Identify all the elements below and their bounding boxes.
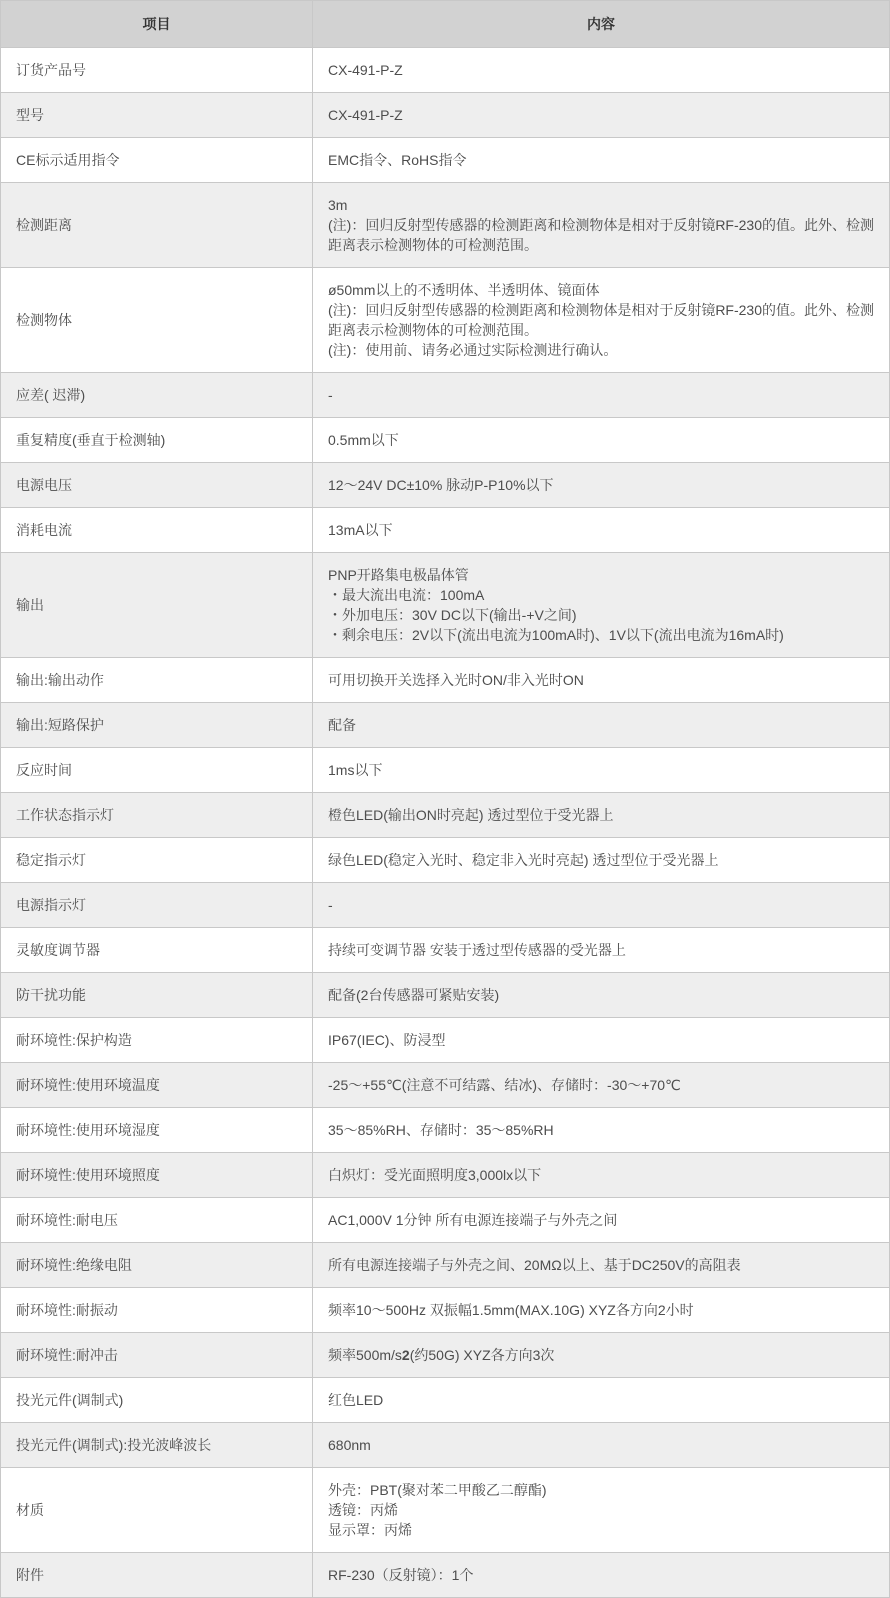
spec-value-line: 1ms以下 <box>328 760 874 780</box>
spec-value-cell: AC1,000V 1分钟 所有电源连接端子与外壳之间 <box>313 1198 890 1243</box>
spec-item-cell: 电源电压 <box>1 463 313 508</box>
spec-value-line: 红色LED <box>328 1390 874 1410</box>
spec-row: 附件 RF-230（反射镜）：1个 <box>1 1553 890 1598</box>
spec-value-line: 持续可变调节器 安装于透过型传感器的受光器上 <box>328 940 874 960</box>
spec-row: 耐环境性:耐电压 AC1,000V 1分钟 所有电源连接端子与外壳之间 <box>1 1198 890 1243</box>
spec-value-cell: 680nm <box>313 1423 890 1468</box>
spec-value-line: 0.5mm以下 <box>328 430 874 450</box>
spec-item-cell: 工作状态指示灯 <box>1 793 313 838</box>
column-header-item: 项目 <box>1 1 313 48</box>
spec-row: CE标示适用指令 EMC指令、RoHS指令 <box>1 138 890 183</box>
spec-value-cell: 1ms以下 <box>313 748 890 793</box>
spec-value-line: (注)：回归反射型传感器的检测距离和检测物体是相对于反射镜RF-230的值。此外… <box>328 215 874 255</box>
spec-item-cell: 耐环境性:使用环境湿度 <box>1 1108 313 1153</box>
spec-item-cell: 材质 <box>1 1468 313 1553</box>
spec-row: 工作状态指示灯 橙色LED(输出ON时亮起) 透过型位于受光器上 <box>1 793 890 838</box>
spec-value-line: ・剩余电压：2V以下(流出电流为100mA时)、1V以下(流出电流为16mA时) <box>328 625 874 645</box>
spec-item-cell: 耐环境性:使用环境照度 <box>1 1153 313 1198</box>
spec-row: 检测距离 3m(注)：回归反射型传感器的检测距离和检测物体是相对于反射镜RF-2… <box>1 183 890 268</box>
spec-value-cell: 配备(2台传感器可紧贴安装) <box>313 973 890 1018</box>
spec-value-cell: - <box>313 883 890 928</box>
spec-item-cell: 型号 <box>1 93 313 138</box>
spec-value-line: (注)：回归反射型传感器的检测距离和检测物体是相对于反射镜RF-230的值。此外… <box>328 300 874 340</box>
spec-value-cell: 频率10～500Hz 双振幅1.5mm(MAX.10G) XYZ各方向2小时 <box>313 1288 890 1333</box>
spec-value-cell: ø50mm以上的不透明体、半透明体、镜面体(注)：回归反射型传感器的检测距离和检… <box>313 268 890 373</box>
spec-row: 重复精度(垂直于检测轴) 0.5mm以下 <box>1 418 890 463</box>
spec-row: 材质 外壳：PBT(聚对苯二甲酸乙二醇酯)透镜：丙烯显示罩：丙烯 <box>1 1468 890 1553</box>
spec-value-line: ø50mm以上的不透明体、半透明体、镜面体 <box>328 280 874 300</box>
spec-row: 耐环境性:保护构造 IP67(IEC)、防浸型 <box>1 1018 890 1063</box>
spec-value-line: RF-230（反射镜）：1个 <box>328 1565 874 1585</box>
spec-value-line: 显示罩：丙烯 <box>328 1520 874 1540</box>
spec-value-cell: 35～85%RH、存储时：35～85%RH <box>313 1108 890 1153</box>
spec-item-cell: 反应时间 <box>1 748 313 793</box>
spec-item-cell: 投光元件(调制式):投光波峰波长 <box>1 1423 313 1468</box>
spec-item-cell: 耐环境性:耐电压 <box>1 1198 313 1243</box>
spec-row: 检测物体 ø50mm以上的不透明体、半透明体、镜面体(注)：回归反射型传感器的检… <box>1 268 890 373</box>
spec-item-cell: CE标示适用指令 <box>1 138 313 183</box>
spec-value-line: (注)：使用前、请务必通过实际检测进行确认。 <box>328 340 874 360</box>
spec-row: 耐环境性:使用环境照度 白炽灯：受光面照明度3,000lx以下 <box>1 1153 890 1198</box>
spec-value-cell: 外壳：PBT(聚对苯二甲酸乙二醇酯)透镜：丙烯显示罩：丙烯 <box>313 1468 890 1553</box>
spec-value-cell: 0.5mm以下 <box>313 418 890 463</box>
spec-value-line: 配备 <box>328 715 874 735</box>
spec-value-cell: 持续可变调节器 安装于透过型传感器的受光器上 <box>313 928 890 973</box>
spec-item-cell: 耐环境性:保护构造 <box>1 1018 313 1063</box>
spec-value-segment-bold: 2 <box>402 1347 410 1363</box>
spec-row: 输出:短路保护 配备 <box>1 703 890 748</box>
spec-item-cell: 输出:输出动作 <box>1 658 313 703</box>
spec-row: 电源电压 12～24V DC±10% 脉动P-P10%以下 <box>1 463 890 508</box>
spec-value-cell: 13mA以下 <box>313 508 890 553</box>
spec-value-line: 3m <box>328 195 874 215</box>
spec-value-cell: IP67(IEC)、防浸型 <box>313 1018 890 1063</box>
spec-row: 投光元件(调制式) 红色LED <box>1 1378 890 1423</box>
spec-row: 耐环境性:耐冲击 频率500m/s2(约50G) XYZ各方向3次 <box>1 1333 890 1378</box>
spec-row: 订货产品号 CX-491-P-Z <box>1 48 890 93</box>
spec-value-cell: 白炽灯：受光面照明度3,000lx以下 <box>313 1153 890 1198</box>
spec-value-cell: EMC指令、RoHS指令 <box>313 138 890 183</box>
spec-item-cell: 耐环境性:耐振动 <box>1 1288 313 1333</box>
spec-item-cell: 耐环境性:绝缘电阻 <box>1 1243 313 1288</box>
spec-item-cell: 防干扰功能 <box>1 973 313 1018</box>
spec-value-line: 白炽灯：受光面照明度3,000lx以下 <box>328 1165 874 1185</box>
spec-value-cell: -25～+55℃(注意不可结露、结冰)、存储时：-30～+70℃ <box>313 1063 890 1108</box>
spec-value-line: 12～24V DC±10% 脉动P-P10%以下 <box>328 475 874 495</box>
spec-item-cell: 应差( 迟滞) <box>1 373 313 418</box>
spec-value-line: EMC指令、RoHS指令 <box>328 150 874 170</box>
spec-row: 灵敏度调节器 持续可变调节器 安装于透过型传感器的受光器上 <box>1 928 890 973</box>
spec-value-line: - <box>328 895 874 915</box>
spec-item-cell: 消耗电流 <box>1 508 313 553</box>
spec-item-cell: 投光元件(调制式) <box>1 1378 313 1423</box>
column-header-content: 内容 <box>313 1 890 48</box>
spec-value-line: -25～+55℃(注意不可结露、结冰)、存储时：-30～+70℃ <box>328 1075 874 1095</box>
spec-value-line: CX-491-P-Z <box>328 60 874 80</box>
spec-value-line: 可用切换开关选择入光时ON/非入光时ON <box>328 670 874 690</box>
spec-value-cell: 频率500m/s2(约50G) XYZ各方向3次 <box>313 1333 890 1378</box>
spec-item-cell: 灵敏度调节器 <box>1 928 313 973</box>
spec-value-line: 频率10～500Hz 双振幅1.5mm(MAX.10G) XYZ各方向2小时 <box>328 1300 874 1320</box>
spec-row: 稳定指示灯 绿色LED(稳定入光时、稳定非入光时亮起) 透过型位于受光器上 <box>1 838 890 883</box>
spec-row: 消耗电流 13mA以下 <box>1 508 890 553</box>
spec-table-body: 订货产品号 CX-491-P-Z 型号 CX-491-P-Z CE标示适用指令 … <box>1 48 890 1598</box>
spec-row: 应差( 迟滞) - <box>1 373 890 418</box>
spec-value-cell: CX-491-P-Z <box>313 93 890 138</box>
spec-page: 项目 内容 订货产品号 CX-491-P-Z 型号 CX-491-P-Z CE标… <box>0 0 890 1598</box>
spec-item-cell: 耐环境性:使用环境温度 <box>1 1063 313 1108</box>
spec-value-line: 680nm <box>328 1435 874 1455</box>
spec-row: 投光元件(调制式):投光波峰波长 680nm <box>1 1423 890 1468</box>
header-row: 项目 内容 <box>1 1 890 48</box>
spec-item-cell: 检测距离 <box>1 183 313 268</box>
spec-value-line: 绿色LED(稳定入光时、稳定非入光时亮起) 透过型位于受光器上 <box>328 850 874 870</box>
spec-row: 输出 PNP开路集电极晶体管・最大流出电流：100mA・外加电压：30V DC以… <box>1 553 890 658</box>
spec-value-cell: 12～24V DC±10% 脉动P-P10%以下 <box>313 463 890 508</box>
spec-table: 项目 内容 订货产品号 CX-491-P-Z 型号 CX-491-P-Z CE标… <box>0 0 890 1598</box>
spec-item-cell: 稳定指示灯 <box>1 838 313 883</box>
spec-row: 耐环境性:耐振动 频率10～500Hz 双振幅1.5mm(MAX.10G) XY… <box>1 1288 890 1333</box>
spec-row: 耐环境性:绝缘电阻 所有电源连接端子与外壳之间、20MΩ以上、基于DC250V的… <box>1 1243 890 1288</box>
spec-item-cell: 耐环境性:耐冲击 <box>1 1333 313 1378</box>
spec-value-line: PNP开路集电极晶体管 <box>328 565 874 585</box>
spec-value-line: 外壳：PBT(聚对苯二甲酸乙二醇酯) <box>328 1480 874 1500</box>
spec-value-cell: - <box>313 373 890 418</box>
spec-item-cell: 订货产品号 <box>1 48 313 93</box>
spec-value-line: IP67(IEC)、防浸型 <box>328 1030 874 1050</box>
spec-row: 反应时间 1ms以下 <box>1 748 890 793</box>
spec-item-cell: 输出:短路保护 <box>1 703 313 748</box>
spec-value-line: 配备(2台传感器可紧贴安装) <box>328 985 874 1005</box>
spec-value-cell: PNP开路集电极晶体管・最大流出电流：100mA・外加电压：30V DC以下(输… <box>313 553 890 658</box>
spec-value-line: - <box>328 385 874 405</box>
spec-value-cell: CX-491-P-Z <box>313 48 890 93</box>
spec-value-cell: 配备 <box>313 703 890 748</box>
spec-row: 输出:输出动作 可用切换开关选择入光时ON/非入光时ON <box>1 658 890 703</box>
spec-row: 型号 CX-491-P-Z <box>1 93 890 138</box>
spec-value-segment: 频率500m/s <box>328 1347 402 1363</box>
spec-value-line: 35～85%RH、存储时：35～85%RH <box>328 1120 874 1140</box>
spec-row: 电源指示灯 - <box>1 883 890 928</box>
spec-item-cell: 电源指示灯 <box>1 883 313 928</box>
spec-item-cell: 输出 <box>1 553 313 658</box>
spec-value-cell: 绿色LED(稳定入光时、稳定非入光时亮起) 透过型位于受光器上 <box>313 838 890 883</box>
spec-value-line: AC1,000V 1分钟 所有电源连接端子与外壳之间 <box>328 1210 874 1230</box>
spec-value-line: 橙色LED(输出ON时亮起) 透过型位于受光器上 <box>328 805 874 825</box>
spec-item-cell: 重复精度(垂直于检测轴) <box>1 418 313 463</box>
spec-value-cell: 所有电源连接端子与外壳之间、20MΩ以上、基于DC250V的高阻表 <box>313 1243 890 1288</box>
spec-value-segment: (约50G) XYZ各方向3次 <box>410 1347 555 1363</box>
spec-value-line: 透镜：丙烯 <box>328 1500 874 1520</box>
spec-value-line: CX-491-P-Z <box>328 105 874 125</box>
spec-value-line: ・最大流出电流：100mA <box>328 585 874 605</box>
spec-value-cell: 红色LED <box>313 1378 890 1423</box>
spec-item-cell: 检测物体 <box>1 268 313 373</box>
spec-value-cell: RF-230（反射镜）：1个 <box>313 1553 890 1598</box>
spec-value-line: 13mA以下 <box>328 520 874 540</box>
spec-value-cell: 3m(注)：回归反射型传感器的检测距离和检测物体是相对于反射镜RF-230的值。… <box>313 183 890 268</box>
spec-row: 耐环境性:使用环境湿度 35～85%RH、存储时：35～85%RH <box>1 1108 890 1153</box>
spec-value-line: 频率500m/s2(约50G) XYZ各方向3次 <box>328 1345 874 1365</box>
spec-item-cell: 附件 <box>1 1553 313 1598</box>
spec-row: 耐环境性:使用环境温度 -25～+55℃(注意不可结露、结冰)、存储时：-30～… <box>1 1063 890 1108</box>
spec-value-line: ・外加电压：30V DC以下(输出-+V之间) <box>328 605 874 625</box>
spec-value-cell: 橙色LED(输出ON时亮起) 透过型位于受光器上 <box>313 793 890 838</box>
spec-row: 防干扰功能 配备(2台传感器可紧贴安装) <box>1 973 890 1018</box>
spec-value-line: 所有电源连接端子与外壳之间、20MΩ以上、基于DC250V的高阻表 <box>328 1255 874 1275</box>
spec-value-cell: 可用切换开关选择入光时ON/非入光时ON <box>313 658 890 703</box>
